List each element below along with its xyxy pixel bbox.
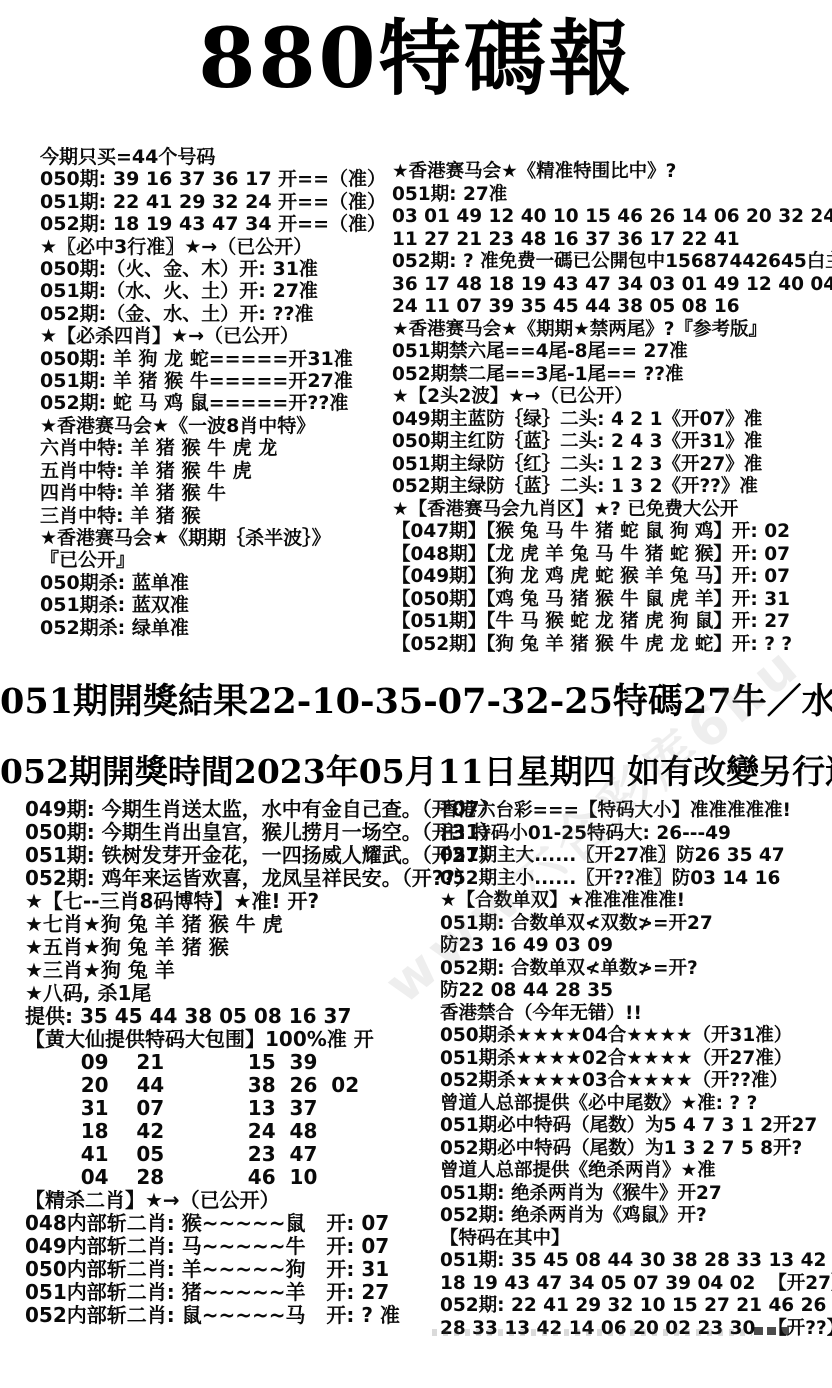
text-line: 【047期】【猴 兔 马 牛 猪 蛇 鼠 狗 鸡】开: 02: [392, 521, 832, 544]
text-line: 【050期】【鸡 兔 马 猪 猴 牛 鼠 虎 羊】开: 31: [392, 589, 832, 612]
text-line: 051期必中特码（尾数）为5 4 7 3 1 2开27: [440, 1115, 832, 1138]
footer-smudge: [432, 1329, 752, 1336]
text-line: 050期杀: 蓝单准: [40, 572, 392, 594]
text-line: 24 11 07 39 35 45 44 38 05 08 16: [392, 296, 832, 319]
text-line: 【精杀二肖】★→（已公开）: [25, 1189, 440, 1212]
text-line: ★【香港赛马会九肖区】★? 已免费大公开: [392, 499, 832, 522]
text-line: 049期: 今期生肖送太监，水中有金自己查。（开07）: [25, 798, 440, 821]
text-line: 051内部斩二肖: 猪~~~~~羊 开: 27: [25, 1281, 440, 1304]
section-jingsha-2xiao: 【精杀二肖】★→（已公开）048内部斩二肖: 猴~~~~~鼠 开: 07049内…: [25, 1189, 440, 1327]
text-line: 052期禁二尾==3尾-1尾== ??准: [392, 364, 832, 387]
text-line: 【特码在其中】: [440, 1228, 832, 1251]
text-line: 三肖中特: 羊 猪 猴: [40, 505, 392, 527]
text-line: 今期只买=44个号码: [40, 146, 392, 168]
text-line: 050期: 39 16 37 36 17 开==（准）: [40, 168, 392, 190]
text-line: 052期必中特码（尾数）为1 3 2 7 5 8开?: [440, 1138, 832, 1161]
text-line: 050期主红防｛蓝｝二头: 2 4 3《开31》准: [392, 431, 832, 454]
text-line: 六肖中特: 羊 猪 猴 牛 虎 龙: [40, 437, 392, 459]
text-line: 051期禁六尾==4尾-8尾== 27准: [392, 341, 832, 364]
text-line: 【051期】【牛 马 猴 蛇 龙 猪 虎 狗 鼠】开: 27: [392, 611, 832, 634]
text-line: 11 27 21 23 48 16 37 36 17 22 41: [392, 229, 832, 252]
text-line: ★【必杀四肖】★→（已公开）: [40, 325, 392, 347]
text-line: 051期主绿防｛红｝二头: 1 2 3《开27》准: [392, 454, 832, 477]
text-line: 曾道人总部提供《必中尾数》★准: ? ?: [440, 1093, 832, 1116]
text-line: 050内部斩二肖: 羊~~~~~狗 开: 31: [25, 1258, 440, 1281]
text-line: 052期:（金、水、土）开: ??准: [40, 303, 392, 325]
top-right-column: ★香港赛马会★《精准特围比中》?051期: 27准03 01 49 12 40 …: [392, 161, 832, 656]
section-bote: ★【七--三肖8码博特】★准! 开?★七肖★狗 兔 羊 猪 猴 牛 虎★五肖★狗…: [25, 890, 440, 1028]
text-line: 防22 08 44 28 35: [440, 980, 832, 1003]
text-line: 051期: 22 41 29 32 24 开==（准）: [40, 191, 392, 213]
section-bottom-right-lines: 香港六台彩===【特码大小】准准准准准!注: 特码小01-25特码大: 26--…: [440, 800, 832, 1340]
text-line: 050期: 羊 狗 龙 蛇=====开31准: [40, 348, 392, 370]
bottom-left-column: 049期: 今期生肖送太监，水中有金自己查。（开07）050期: 今期生肖出皇宫…: [25, 798, 440, 1327]
text-line: 注: 特码小01-25特码大: 26---49: [440, 823, 832, 846]
text-line: 051期: 羊 猪 猴 牛=====开27准: [40, 370, 392, 392]
huangdaxian-header: 【黄大仙提供特码大包围】100%准 开: [25, 1028, 440, 1051]
section-jiuxiao-qu: ★【香港赛马会九肖区】★? 已免费大公开【047期】【猴 兔 马 牛 猪 蛇 鼠…: [392, 499, 832, 657]
text-line: 048内部斩二肖: 猴~~~~~鼠 开: 07: [25, 1212, 440, 1235]
text-line: 36 17 48 18 19 43 47 34 03 01 49 12 40 0…: [392, 274, 832, 297]
text-line: 050期:（火、金、木）开: 31准: [40, 258, 392, 280]
section-sha-banbo: ★香港赛马会★《期期｛杀半波｝》『已公开』050期杀: 蓝单准051期杀: 蓝双…: [40, 527, 392, 639]
text-line: 052期: 蛇 马 鸡 鼠=====开??准: [40, 392, 392, 414]
text-line: 052期: 绝杀两肖为《鸡鼠》开?: [440, 1205, 832, 1228]
text-line: 049期主蓝防｛绿｝二头: 4 2 1《开07》准: [392, 409, 832, 432]
text-line: 052期杀★★★★03合★★★★（开??准）: [440, 1070, 832, 1093]
text-line: 049内部斩二肖: 马~~~~~牛 开: 07: [25, 1235, 440, 1258]
text-line: ★香港赛马会★《期期｛杀半波｝》: [40, 527, 392, 549]
text-line: 31 07 13 37: [25, 1097, 440, 1120]
top-left-column: 今期只买=44个号码050期: 39 16 37 36 17 开==（准）051…: [40, 146, 392, 639]
text-line: 18 42 24 48: [25, 1120, 440, 1143]
section-jingzhun-tewei: ★香港赛马会★《精准特围比中》?051期: 27准03 01 49 12 40 …: [392, 161, 832, 319]
text-line: 051期: 27准: [392, 184, 832, 207]
section-jin-liangwei: ★香港赛马会★《期期★禁两尾》?『参考版』051期禁六尾==4尾-8尾== 27…: [392, 319, 832, 387]
text-line: 09 21 15 39: [25, 1051, 440, 1074]
text-line: 防23 16 49 03 09: [440, 935, 832, 958]
next-draw-banner: 052期開獎時間2023年05月11日星期四 如有改變另行通知!: [0, 746, 832, 793]
section-huangdaxian-rows: 09 21 15 39 20 44 38 26 02 31 07 13 37 1…: [25, 1051, 440, 1189]
section-2tou-2bo: ★【2头2波】★→（已公开）049期主蓝防｛绿｝二头: 4 2 1《开07》准0…: [392, 386, 832, 499]
text-line: 051期: 绝杀两肖为《猴牛》开27: [440, 1183, 832, 1206]
text-line: 052期: 鸡年来运皆欢喜，龙凤呈祥民安。（开??）: [25, 867, 440, 890]
text-line: 051期:（水、火、土）开: 27准: [40, 280, 392, 302]
text-line: 052期杀: 绿单准: [40, 617, 392, 639]
text-line: 04 28 46 10: [25, 1166, 440, 1189]
text-line: 提供: 35 45 44 38 05 08 16 37: [25, 1005, 440, 1028]
text-line: 【049期】【狗 龙 鸡 虎 蛇 猴 羊 兔 马】开: 07: [392, 566, 832, 589]
text-line: 052内部斩二肖: 鼠~~~~~马 开: ? 准: [25, 1304, 440, 1327]
text-line: 052期: 18 19 43 47 34 开==（准）: [40, 213, 392, 235]
text-line: 052期主小......〖开??准〗防03 14 16: [440, 868, 832, 891]
text-line: 052期: 22 41 29 32 10 15 27 21 46 26: [440, 1295, 832, 1318]
text-line: 香港禁合（今年无错）!!: [440, 1003, 832, 1026]
text-line: 03 01 49 12 40 10 15 46 26 14 06 20 32 2…: [392, 206, 832, 229]
text-line: ★香港赛马会★《期期★禁两尾》?『参考版』: [392, 319, 832, 342]
text-line: 051期: 铁树发芽开金花，一四扬威人耀武。（开27）: [25, 844, 440, 867]
text-line: ★【七--三肖8码博特】★准! 开?: [25, 890, 440, 913]
text-line: 【052期】【狗 兔 羊 猪 猴 牛 虎 龙 蛇】开: ? ?: [392, 634, 832, 657]
text-line: ★八码, 杀1尾: [25, 982, 440, 1005]
bottom-right-column: 香港六台彩===【特码大小】准准准准准!注: 特码小01-25特码大: 26--…: [440, 800, 832, 1340]
text-line: 051期: 35 45 08 44 30 38 28 33 13 42: [440, 1250, 832, 1273]
text-line: ★香港赛马会★《一波8肖中特》: [40, 415, 392, 437]
text-line: ★〖必中3行准〗★→（已公开）: [40, 236, 392, 258]
text-line: 18 19 43 47 34 05 07 39 04 02 【开27】: [440, 1273, 832, 1296]
text-line: ★香港赛马会★《精准特围比中》?: [392, 161, 832, 184]
text-line: ★五肖★狗 兔 羊 猪 猴: [25, 936, 440, 959]
text-line: 052期主绿防｛蓝｝二头: 1 3 2《开??》准: [392, 476, 832, 499]
text-line: 051期杀★★★★02合★★★★（开27准）: [440, 1048, 832, 1071]
text-line: 052期: 合数单双≮单数≯=开?: [440, 958, 832, 981]
text-line: 四肖中特: 羊 猪 猴 牛: [40, 482, 392, 504]
text-line: 051期杀: 蓝双准: [40, 594, 392, 616]
text-line: ★【2头2波】★→（已公开）: [392, 386, 832, 409]
text-line: 052期: ? 准免费一碼已公開包中15687442645白主任: [392, 251, 832, 274]
text-line: 050期: 今期生肖出皇宫，猴儿捞月一场空。（开31）: [25, 821, 440, 844]
section-bizhong-3hang: ★〖必中3行准〗★→（已公开）050期:（火、金、木）开: 31准051期:（水…: [40, 236, 392, 326]
footer-mark: [754, 1327, 792, 1335]
text-line: 20 44 38 26 02: [25, 1074, 440, 1097]
text-line: 【048期】【龙 虎 羊 兔 马 牛 猪 蛇 猴】开: 07: [392, 544, 832, 567]
text-line: 41 05 23 47: [25, 1143, 440, 1166]
text-line: 051期: 合数单双≮双数≯=开27: [440, 913, 832, 936]
section-yibo-8xiao: ★香港赛马会★《一波8肖中特》六肖中特: 羊 猪 猴 牛 虎 龙五肖中特: 羊 …: [40, 415, 392, 527]
section-poems: 049期: 今期生肖送太监，水中有金自己查。（开07）050期: 今期生肖出皇宫…: [25, 798, 440, 890]
text-line: 051期主大......〖开27准〗防26 35 47: [440, 845, 832, 868]
text-line: 050期杀★★★★04合★★★★（开31准）: [440, 1025, 832, 1048]
page-title: 880特碼報: [0, 14, 832, 104]
text-line: 五肖中特: 羊 猪 猴 牛 虎: [40, 460, 392, 482]
text-line: ★七肖★狗 兔 羊 猪 猴 牛 虎: [25, 913, 440, 936]
section-buy-info: 今期只买=44个号码050期: 39 16 37 36 17 开==（准）051…: [40, 146, 392, 236]
text-line: 『已公开』: [40, 549, 392, 571]
text-line: 香港六台彩===【特码大小】准准准准准!: [440, 800, 832, 823]
section-bisha-4xiao: ★【必杀四肖】★→（已公开）050期: 羊 狗 龙 蛇=====开31准051期…: [40, 325, 392, 415]
text-line: 曾道人总部提供《绝杀两肖》★准: [440, 1160, 832, 1183]
text-line: ★三肖★狗 兔 羊: [25, 959, 440, 982]
draw-result-banner: 051期開獎結果22-10-35-07-32-25特碼27牛／水／綠: [0, 674, 832, 724]
text-line: ★【合数单双】★准准准准准!: [440, 890, 832, 913]
